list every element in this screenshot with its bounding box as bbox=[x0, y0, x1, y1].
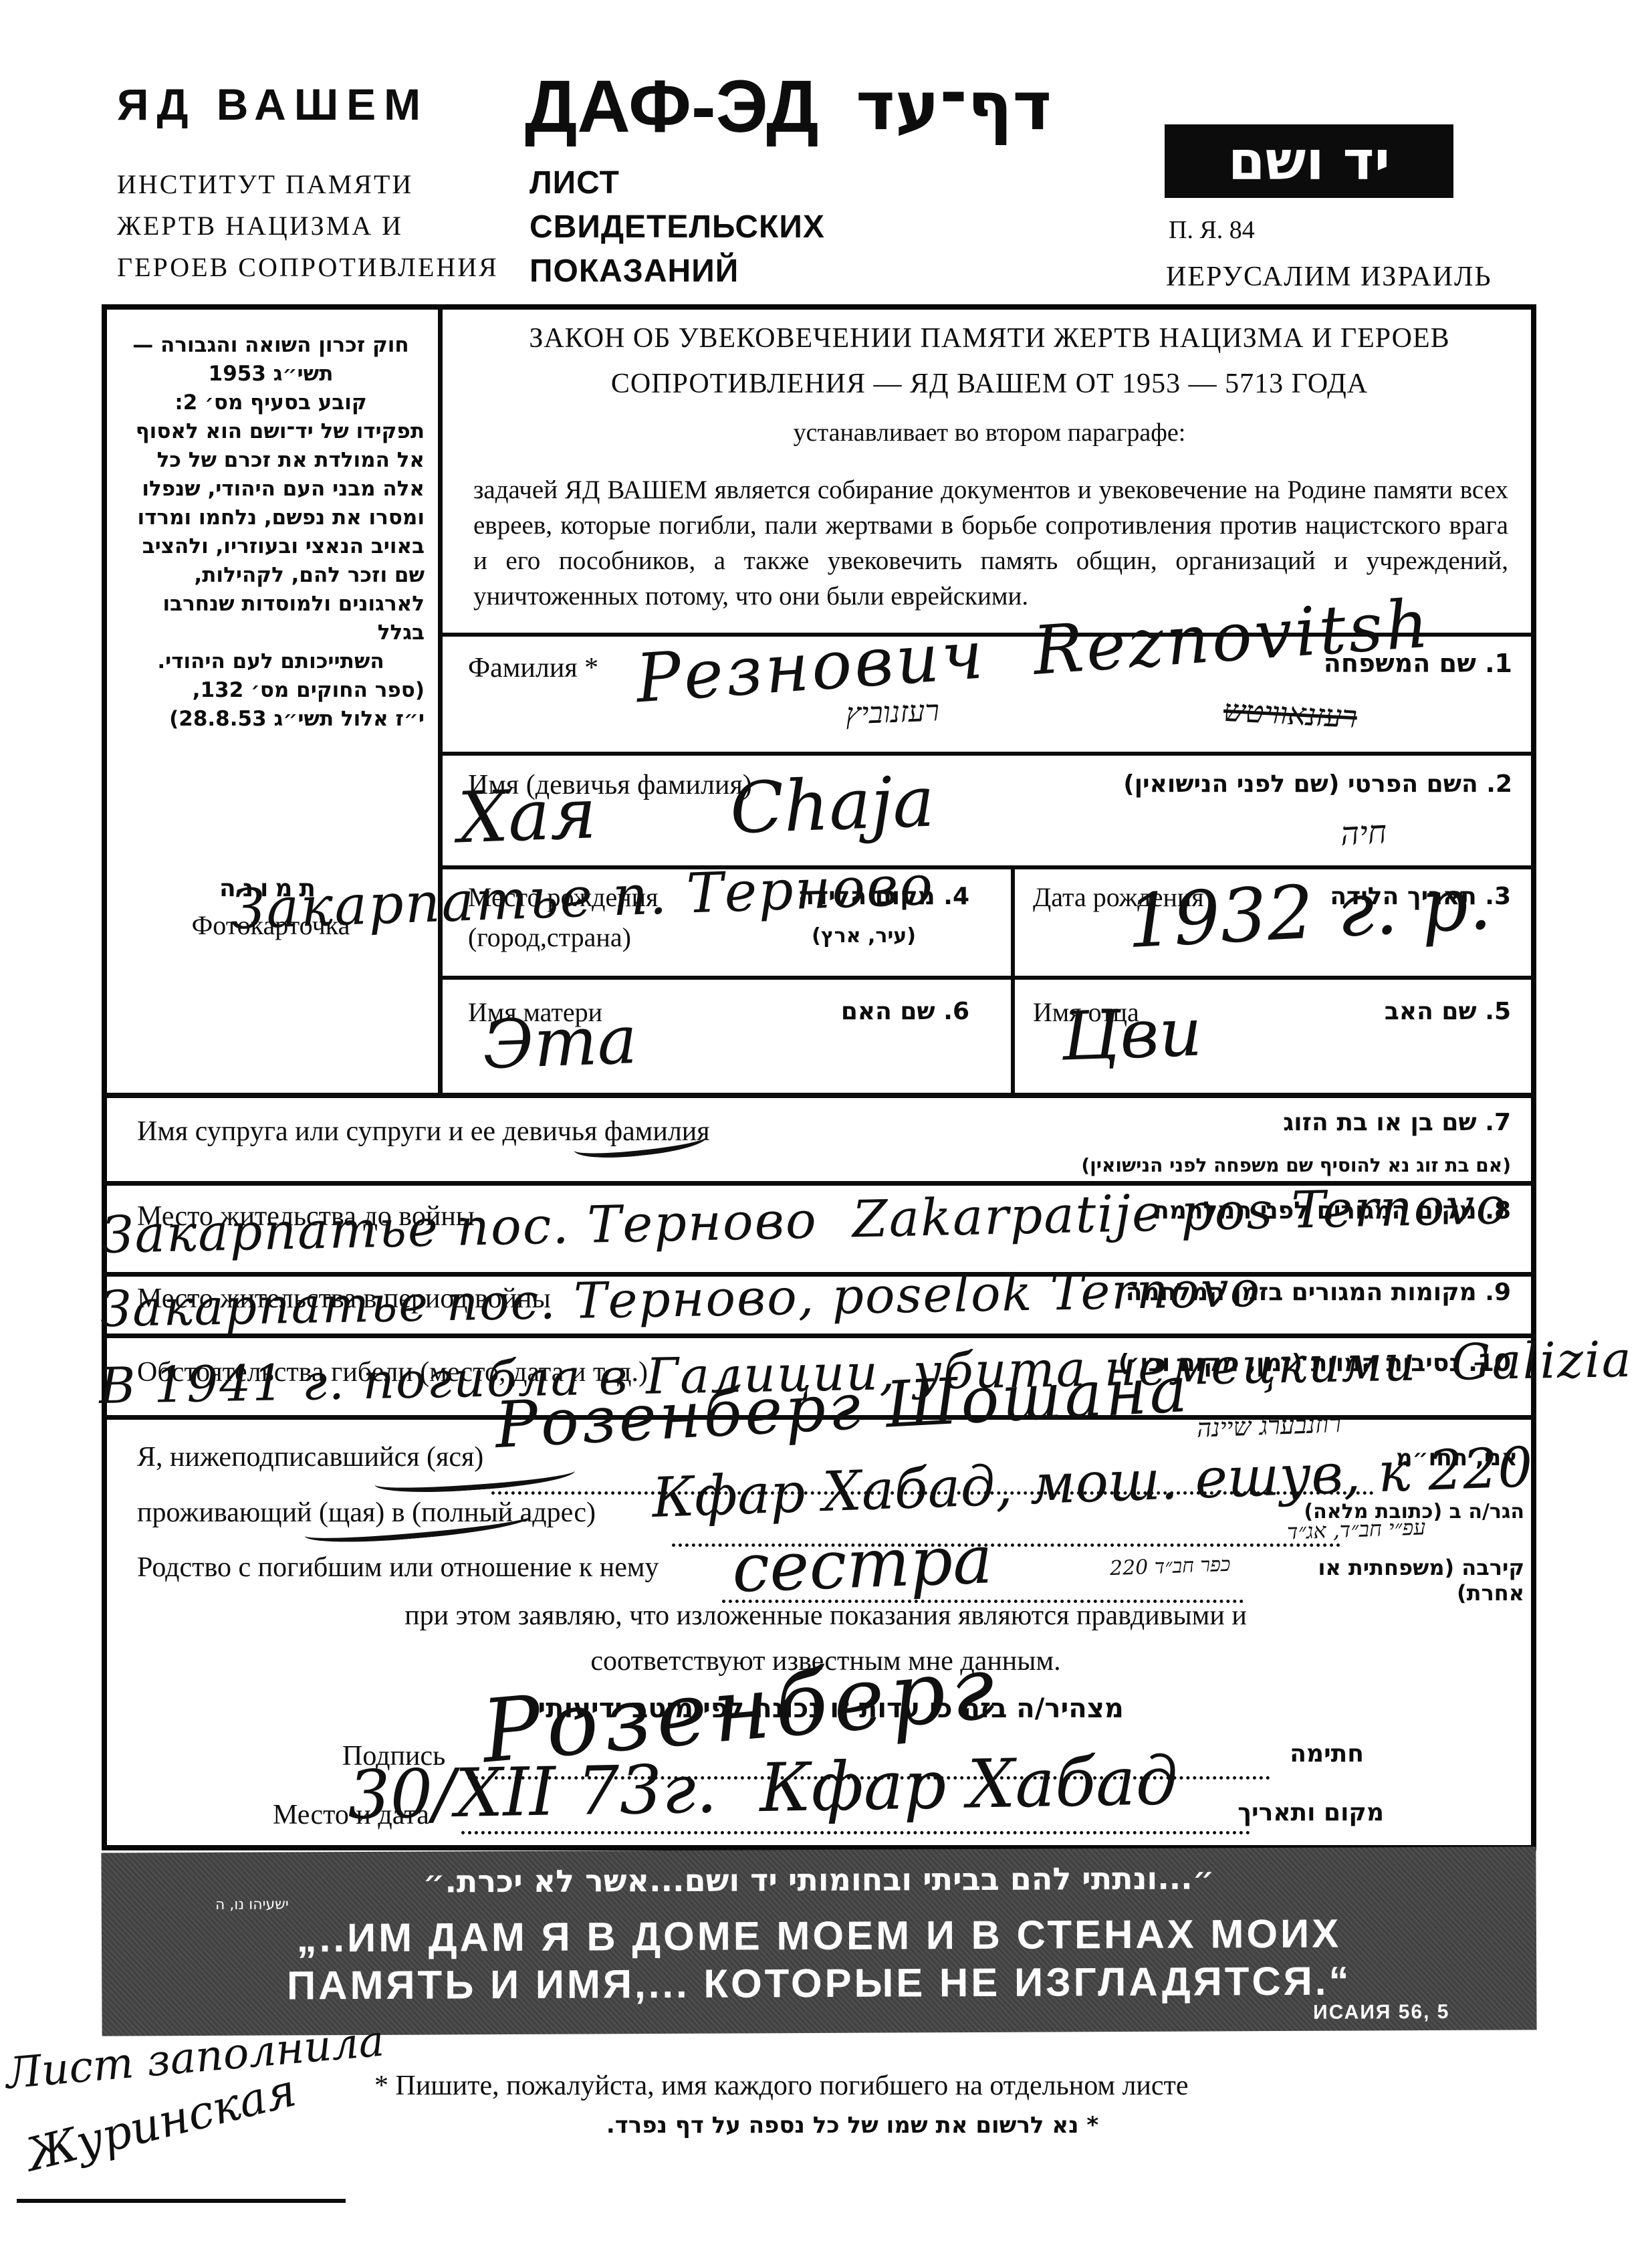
yad-vashem-logo-text: יד ושם bbox=[1228, 134, 1390, 188]
org-subtitle-line3: ГЕРОЕВ СОПРОТИВЛЕНИЯ bbox=[117, 251, 499, 283]
org-name: ЯД ВАШЕМ bbox=[117, 79, 429, 130]
footer-scan-artifact-line bbox=[17, 2199, 346, 2203]
yad-vashem-logo: יד ושם bbox=[1165, 124, 1453, 198]
banner-hebrew-source: ישעיהו נו, ה bbox=[142, 1896, 289, 1913]
birth-cells-divider bbox=[1011, 865, 1015, 1097]
law-sidebar-line: תפקידו של יד־ושם הוא לאסוף bbox=[117, 417, 425, 446]
address-handwriting-hebrew: עפ״י חב״ד, אג״ד bbox=[1286, 1514, 1426, 1544]
law-sidebar-line: תשי״ג 1953 bbox=[117, 360, 425, 389]
law-sidebar-line: קובע בסעיף מס׳ 2: bbox=[117, 389, 425, 417]
field2-handwriting: Хая Chaja bbox=[457, 761, 936, 859]
law-sidebar-line: השתייכותם לעם היהודי. bbox=[117, 647, 425, 676]
law-sidebar-line: שם וזכר להם, לקהילות, bbox=[117, 561, 425, 590]
form-title-ru: ДАФ-ЭД bbox=[525, 64, 818, 149]
law-sidebar-line: לארגונים ולמוסדות שנחרבו בגלל bbox=[117, 590, 425, 647]
law-sidebar-line: ומסרו את נפשם, נלחמו ומרדו bbox=[117, 504, 425, 532]
law-title-line2: СОПРОТИВЛЕНИЯ — ЯД ВАШЕМ ОТ 1953 — 5713 … bbox=[443, 368, 1536, 400]
po-box: П. Я. 84 bbox=[1169, 215, 1255, 245]
city-line: ИЕРУСАЛИМ ИЗРАИЛЬ bbox=[1166, 261, 1492, 293]
relation-handwriting: сестра bbox=[731, 1520, 994, 1608]
page-of-testimony-scan: ЯД ВАШЕМ ИНСТИТУТ ПАМЯТИ ЖЕРТВ НАЦИЗМА И… bbox=[0, 0, 1652, 2245]
law-sidebar-line: אל המולדת את זכרם של כל bbox=[117, 446, 425, 475]
banner-source: ИСАИЯ 56, 5 bbox=[1182, 2001, 1449, 2025]
quote-banner: ״...ונתתי להם בביתי ובחומותי יד ושם...אש… bbox=[101, 1846, 1536, 2036]
place-date-dotted-line bbox=[461, 1831, 1250, 1834]
row56-bottom-line bbox=[102, 1093, 1536, 1098]
address-handwriting-hebrew2: כפר חב״ד 220 bbox=[1109, 1553, 1231, 1580]
field2-handwriting-hebrew: חיה bbox=[1340, 813, 1388, 853]
form-subtitle-line3: ПОКАЗАНИЙ bbox=[529, 253, 739, 290]
form-subtitle-line1: ЛИСТ bbox=[529, 165, 620, 201]
field5-handwriting: Цви bbox=[1060, 992, 1203, 1075]
law-sidebar-line: אלה מבני העם היהודי, שנפלו bbox=[117, 475, 425, 504]
row34-bottom-line bbox=[443, 976, 1536, 980]
law-title-line1: ЗАКОН ОБ УВЕКОВЕЧЕНИИ ПАМЯТИ ЖЕРТВ НАЦИЗ… bbox=[443, 322, 1536, 354]
footer-note-ru: * Пишите, пожалуйста, имя каждого погибш… bbox=[374, 2070, 1189, 2102]
relation-label-ru: Родство с погибшим или отношение к нему bbox=[137, 1552, 659, 1584]
law-sidebar-line: באויב הנאצי ובעוזריו, ולהציב bbox=[117, 532, 425, 561]
field1-label-ru: Фамилия * bbox=[468, 652, 598, 684]
relation-label-he: קירבה (משפחתית או אחרת) bbox=[1264, 1555, 1524, 1606]
sidebar-divider bbox=[438, 304, 443, 1097]
field7-label-he: 7. שם בן או בת הזוג bbox=[936, 1109, 1511, 1136]
banner-russian-line1: „..ИМ ДАМ Я В ДОМЕ МОЕМ И В СТЕНАХ МОИХ bbox=[102, 1909, 1536, 1961]
witness-name-handwriting-hebrew: רוזנבערג שיינה bbox=[1196, 1408, 1341, 1444]
field6-handwriting: Эта bbox=[481, 1000, 638, 1084]
statement-line1: при этом заявляю, что изложенные показан… bbox=[191, 1600, 1461, 1632]
org-subtitle-line2: ЖЕРТВ НАЦИЗМА И bbox=[117, 210, 403, 241]
law-subtitle: устанавливает во втором параграфе: bbox=[443, 418, 1536, 447]
law-sidebar: חוק זכרון השואה והגבורה — תשי״ג 1953 קוב… bbox=[117, 331, 425, 734]
form-subtitle-line2: СВИДЕТЕЛЬСКИХ bbox=[529, 209, 825, 245]
field1-handwriting-struck: רעזנאוויטש bbox=[1223, 692, 1359, 735]
law-sidebar-line: (ספר החוקים מס׳ 132, bbox=[117, 676, 425, 705]
row1-bottom-line bbox=[443, 752, 1536, 756]
org-subtitle-line1: ИНСТИТУТ ПАМЯТИ bbox=[117, 169, 413, 200]
field4-label-he2: (עיר, ארץ) bbox=[635, 924, 916, 948]
banner-hebrew-quote: ״...ונתתי להם בביתי ובחומותי יד ושם...אש… bbox=[101, 1858, 1536, 1901]
footer-note-he: * נא לרשום את שמו של כל נספה על דף נפרד. bbox=[468, 2112, 1237, 2139]
place-date-label-he: מקום ותאריך bbox=[1150, 1799, 1384, 1826]
place-date-handwriting: 30/XII 73г. Кфар Хабад bbox=[347, 1741, 1179, 1834]
form-title-he: דף־עד bbox=[856, 67, 1052, 145]
law-sidebar-line: י״ז אלול תשי״ג 28.8.53) bbox=[117, 705, 425, 734]
field7-label-he2: (אם בת זוג נא להוסיף שם משפחה לפני הנישו… bbox=[936, 1154, 1511, 1176]
field6-label-he: 6. שם האם bbox=[602, 998, 969, 1025]
field1-handwriting-hebrew: רעזנוביץ bbox=[845, 694, 940, 732]
law-sidebar-line: חוק זכרון השואה והגבורה — bbox=[117, 331, 425, 360]
